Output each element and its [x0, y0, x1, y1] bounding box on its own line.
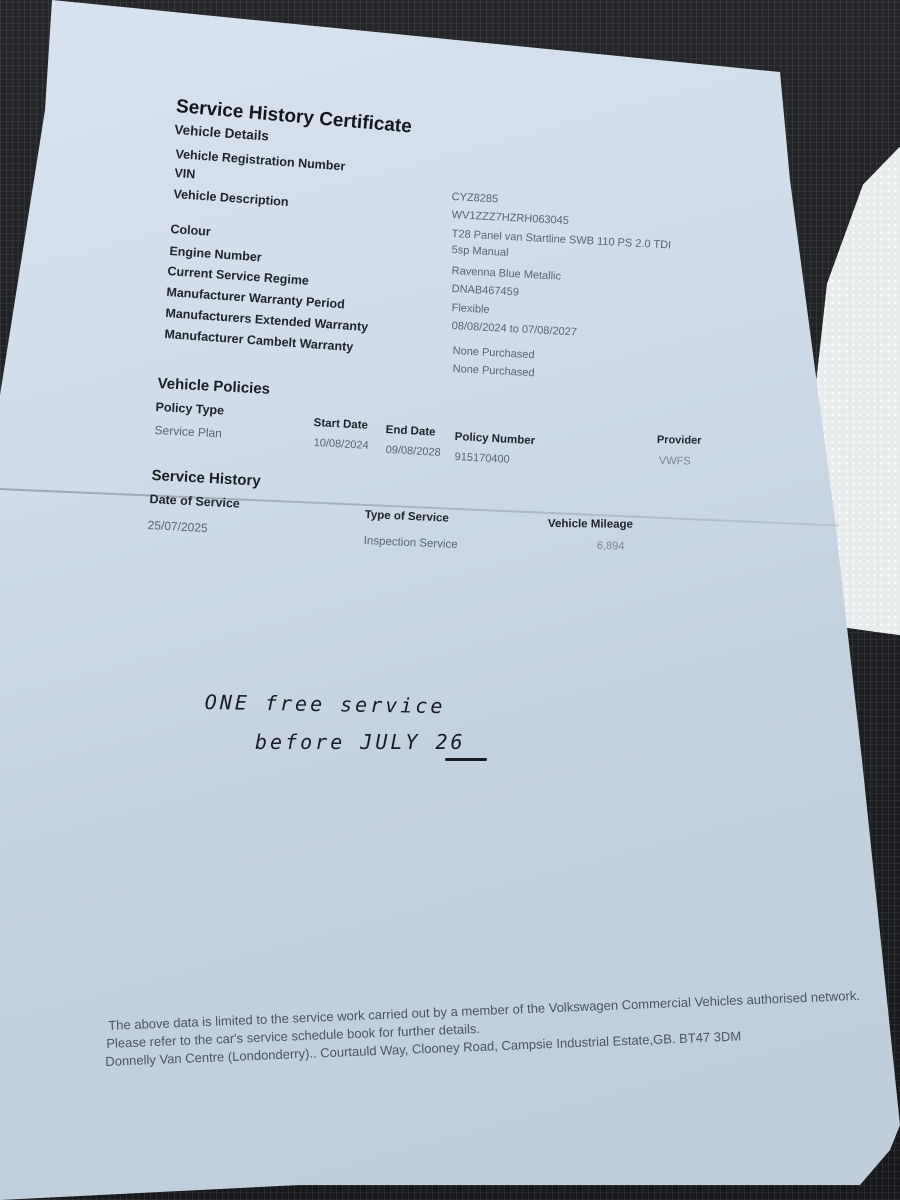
value-vin: WV1ZZZ7HZRH063045 [451, 209, 569, 227]
label-vin: VIN [174, 166, 196, 181]
policy-provider: VWFS [659, 455, 691, 468]
value-registration: CYZ8285 [451, 191, 498, 205]
value-service-regime: Flexible [451, 302, 489, 316]
policy-end-date: 09/08/2028 [385, 444, 441, 459]
label-description: Vehicle Description [173, 187, 289, 209]
label-service-regime: Current Service Regime [167, 264, 309, 288]
policy-col-start-date: Start Date [313, 417, 368, 432]
service-col-type: Type of Service [364, 509, 449, 525]
handwritten-note-line2: before JULY 26 [255, 730, 466, 754]
vehicle-policies-heading: Vehicle Policies [157, 375, 270, 398]
label-engine-number: Engine Number [169, 244, 262, 264]
service-col-mileage: Vehicle Mileage [548, 518, 633, 531]
service-mileage: 6,894 [597, 540, 625, 552]
handwritten-note-line1: ONE free service [205, 690, 446, 718]
policy-col-end-date: End Date [385, 424, 435, 439]
value-extended-warranty: None Purchased [452, 345, 534, 361]
label-colour: Colour [170, 222, 211, 239]
policy-col-type: Policy Type [155, 400, 224, 418]
policy-number: 915170400 [454, 451, 510, 466]
service-history-heading: Service History [151, 467, 261, 490]
vehicle-details-heading: Vehicle Details [174, 122, 269, 144]
handwritten-underline [445, 758, 487, 761]
service-type: Inspection Service [363, 535, 457, 551]
value-warranty-period: 08/08/2024 to 07/08/2027 [451, 320, 577, 339]
service-date: 25/07/2025 [147, 518, 208, 535]
value-cambelt-warranty: None Purchased [452, 363, 534, 379]
label-registration: Vehicle Registration Number [175, 147, 346, 173]
certificate: Service History Certificate Vehicle Deta… [0, 0, 900, 1200]
policy-col-provider: Provider [657, 434, 702, 447]
service-col-date: Date of Service [149, 492, 240, 511]
footer-disclaimer: The above data is limited to the service… [108, 988, 860, 1033]
value-description-line2: 5sp Manual [451, 244, 508, 259]
policy-start-date: 10/08/2024 [313, 437, 369, 452]
policy-col-number: Policy Number [454, 431, 535, 447]
value-engine-number: DNAB467459 [451, 283, 519, 299]
value-colour: Ravenna Blue Metallic [451, 265, 561, 283]
policy-type: Service Plan [154, 423, 222, 441]
